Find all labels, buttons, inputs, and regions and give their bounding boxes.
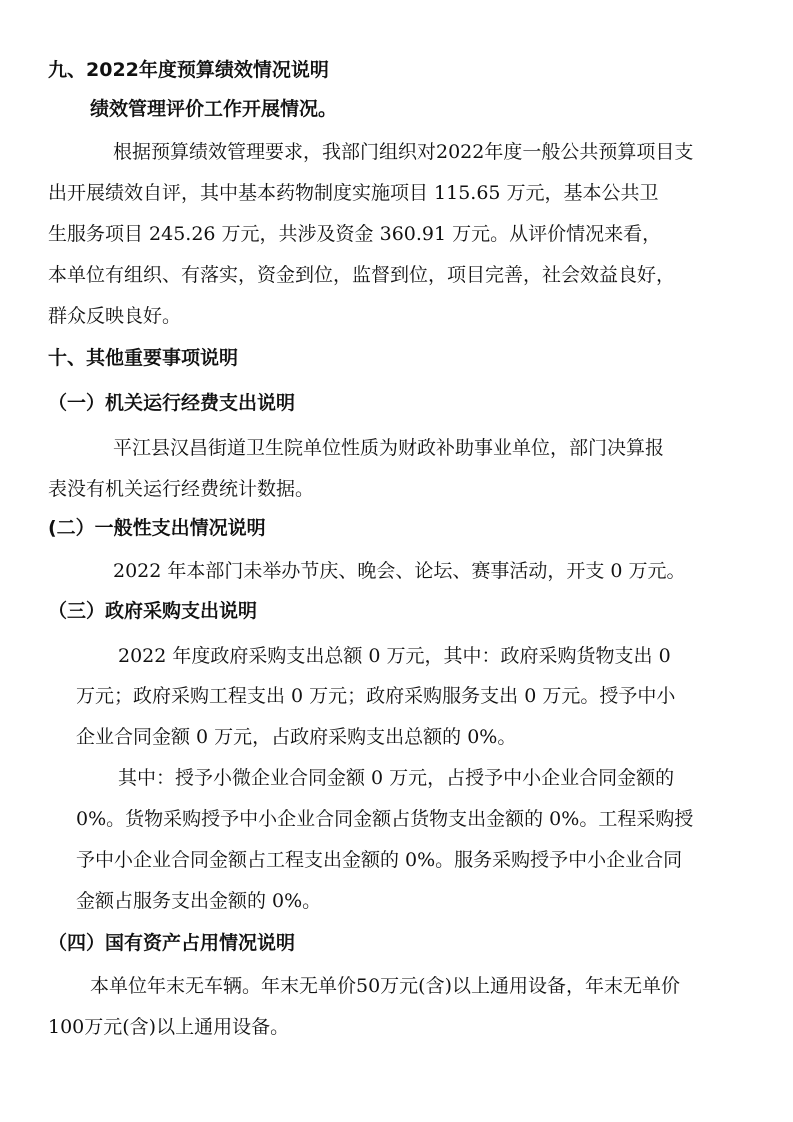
section-9-subheading: 绩效管理评价工作开展情况。 bbox=[90, 97, 337, 121]
paragraph-line: 0%。货物采购授予中小企业合同金额占货物支出金额的 0%。工程采购授 bbox=[76, 807, 693, 831]
paragraph-line: 出开展绩效自评，其中基本药物制度实施项目 115.65 万元，基本公共卫 bbox=[48, 181, 659, 205]
paragraph-line: 本单位有组织、有落实，资金到位，监督到位，项目完善，社会效益良好， bbox=[48, 263, 675, 287]
section-10-heading: 十、其他重要事项说明 bbox=[48, 346, 238, 370]
paragraph-line: 其中：授予小微企业合同金额 0 万元，占授予中小企业合同金额的 bbox=[118, 766, 674, 790]
paragraph-line: 群众反映良好。 bbox=[48, 304, 181, 328]
paragraph-line: 金额占服务支出金额的 0%。 bbox=[76, 889, 321, 913]
paragraph-line: 100万元(含)以上通用设备。 bbox=[48, 1015, 289, 1039]
paragraph-line: 生服务项目 245.26 万元，共涉及资金 360.91 万元。从评价情况来看， bbox=[48, 222, 661, 246]
subsection-4-heading: （四）国有资产占用情况说明 bbox=[48, 931, 295, 955]
paragraph-line: 根据预算绩效管理要求，我部门组织对2022年度一般公共预算项目支 bbox=[113, 140, 693, 164]
paragraph-line: 予中小企业合同金额占工程支出金额的 0%。服务采购授予中小企业合同 bbox=[76, 848, 682, 872]
subsection-2-heading: (二）一般性支出情况说明 bbox=[48, 516, 266, 540]
paragraph-line: 万元；政府采购工程支出 0 万元；政府采购服务支出 0 万元。授予中小 bbox=[76, 684, 675, 708]
paragraph-line: 表没有机关运行经费统计数据。 bbox=[48, 477, 314, 501]
paragraph-line: 平江县汉昌街道卫生院单位性质为财政补助事业单位，部门决算报 bbox=[113, 436, 664, 460]
subsection-3-heading: （三）政府采购支出说明 bbox=[48, 599, 257, 623]
subsection-1-heading: （一）机关运行经费支出说明 bbox=[48, 391, 295, 415]
paragraph-line: 本单位年末无车辆。年末无单价50万元(含)以上通用设备，年末无单价 bbox=[90, 974, 680, 998]
paragraph-line: 2022 年本部门未举办节庆、晚会、论坛、赛事活动，开支 0 万元。 bbox=[113, 559, 686, 583]
paragraph-line: 2022 年度政府采购支出总额 0 万元，其中：政府采购货物支出 0 bbox=[118, 644, 671, 668]
section-9-heading: 九、2022年度预算绩效情况说明 bbox=[48, 58, 329, 82]
paragraph-line: 企业合同金额 0 万元，占政府采购支出总额的 0%。 bbox=[76, 725, 516, 749]
